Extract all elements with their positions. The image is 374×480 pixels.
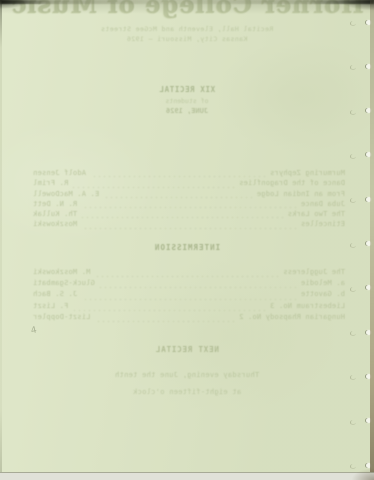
piece-title: The Juggleress [283,268,345,276]
composer-name: M. Moszkowski [33,268,90,276]
composer-name: J. S. Bach [33,290,77,298]
program-part-1: Murmuring ZephyrsAdolf JensenDance of th… [33,169,345,231]
piece-title: b. Gavotte [301,290,345,298]
punch-hole-shadow [350,154,356,159]
dot-leader [73,310,265,311]
scan-corner-top-right [328,0,374,14]
composer-name: Th. Kullak [33,210,77,218]
piece-title: Murmuring Zephyrs [270,169,345,177]
composer-name: Liszt-Doppler [33,313,90,321]
page-bottom-edge [0,472,374,480]
dot-leader [82,217,282,218]
piece-title: Etincelles [301,220,345,228]
piece-title: a. Melodie [301,279,345,287]
scanned-page: Horner College of Music Recital Hall, El… [0,0,374,480]
program-row: Liebestraum No. 3F. Liszt [33,302,345,313]
program-row: EtincellesMoszkowski [33,220,345,230]
program-row: Dance of the DragonfliesR. Friml [33,179,345,189]
dot-leader [91,176,265,177]
composer-name: R. N. Dett [33,200,77,208]
program-row: Hungarian Rhapsody No. 2Liszt-Doppler [33,313,345,324]
punch-hole-shadow [350,110,356,115]
scan-left-edge [0,0,2,480]
composer-name: Moszkowski [33,220,77,228]
piece-title: The Two Larks [288,210,345,218]
composer-name: Adolf Jensen [33,169,86,177]
piece-title: Liebestraum No. 3 [270,302,345,310]
footer-line-2: at eight-fifteen o'clock [0,388,374,396]
recital-date: JUNE, 1926 [0,107,374,115]
program-row: From an Indian LodgeE. A. MacDowell [33,190,345,200]
punch-hole-shadow [350,243,356,248]
program-part-2: The JuggleressM. Moszkowskia. MelodieGlu… [33,268,345,324]
dot-leader [104,197,251,198]
scan-top-edge [0,0,374,4]
piece-title: From an Indian Lodge [257,190,345,198]
composer-name: F. Liszt [33,302,68,310]
piece-title: Hungarian Rhapsody No. 2 [239,313,345,321]
composer-name: Gluck-Sgambati [33,279,95,287]
program-row: a. MelodieGluck-Sgambati [33,279,345,290]
scan-corner-top-left [0,0,40,12]
program-row: b. GavotteJ. S. Bach [33,290,345,301]
dot-leader [95,321,234,322]
composer-name: R. Friml [33,179,68,187]
masthead-city-line: Kansas City, Missouri — 1926 [0,35,374,43]
dot-leader [73,187,234,188]
dot-leader [95,276,278,277]
piece-title: Juba Dance [301,200,345,208]
program-row: Murmuring ZephyrsAdolf Jensen [33,169,345,179]
footer-line-1: Thursday evening, June the tenth [0,371,374,379]
program-row: Juba DanceR. N. Dett [33,200,345,210]
dot-leader [82,207,296,208]
masthead-address-line: Recital Hall, Eleventh and McGee Streets [0,25,374,33]
intermission-heading: INTERMISSION [0,243,374,252]
recital-subtitle: of students [0,97,374,105]
dot-leader [82,299,296,300]
bleed-through-content: Horner College of Music Recital Hall, El… [0,0,374,480]
punch-hole-shadow [350,287,356,292]
punch-hole-shadow [350,21,356,26]
piece-title: Dance of the Dragonflies [239,179,345,187]
footer-heading: NEXT RECITAL [0,345,374,354]
program-row: The Two LarksTh. Kullak [33,210,345,220]
recital-title: XIX RECITAL [0,85,374,94]
program-row: The JuggleressM. Moszkowski [33,268,345,279]
scan-right-edge [370,0,374,480]
composer-name: E. A. MacDowell [33,190,99,198]
scan-corner-bottom-right [344,464,374,480]
dot-leader [82,228,296,229]
dot-leader [100,287,296,288]
punch-hole-shadow [350,420,356,425]
